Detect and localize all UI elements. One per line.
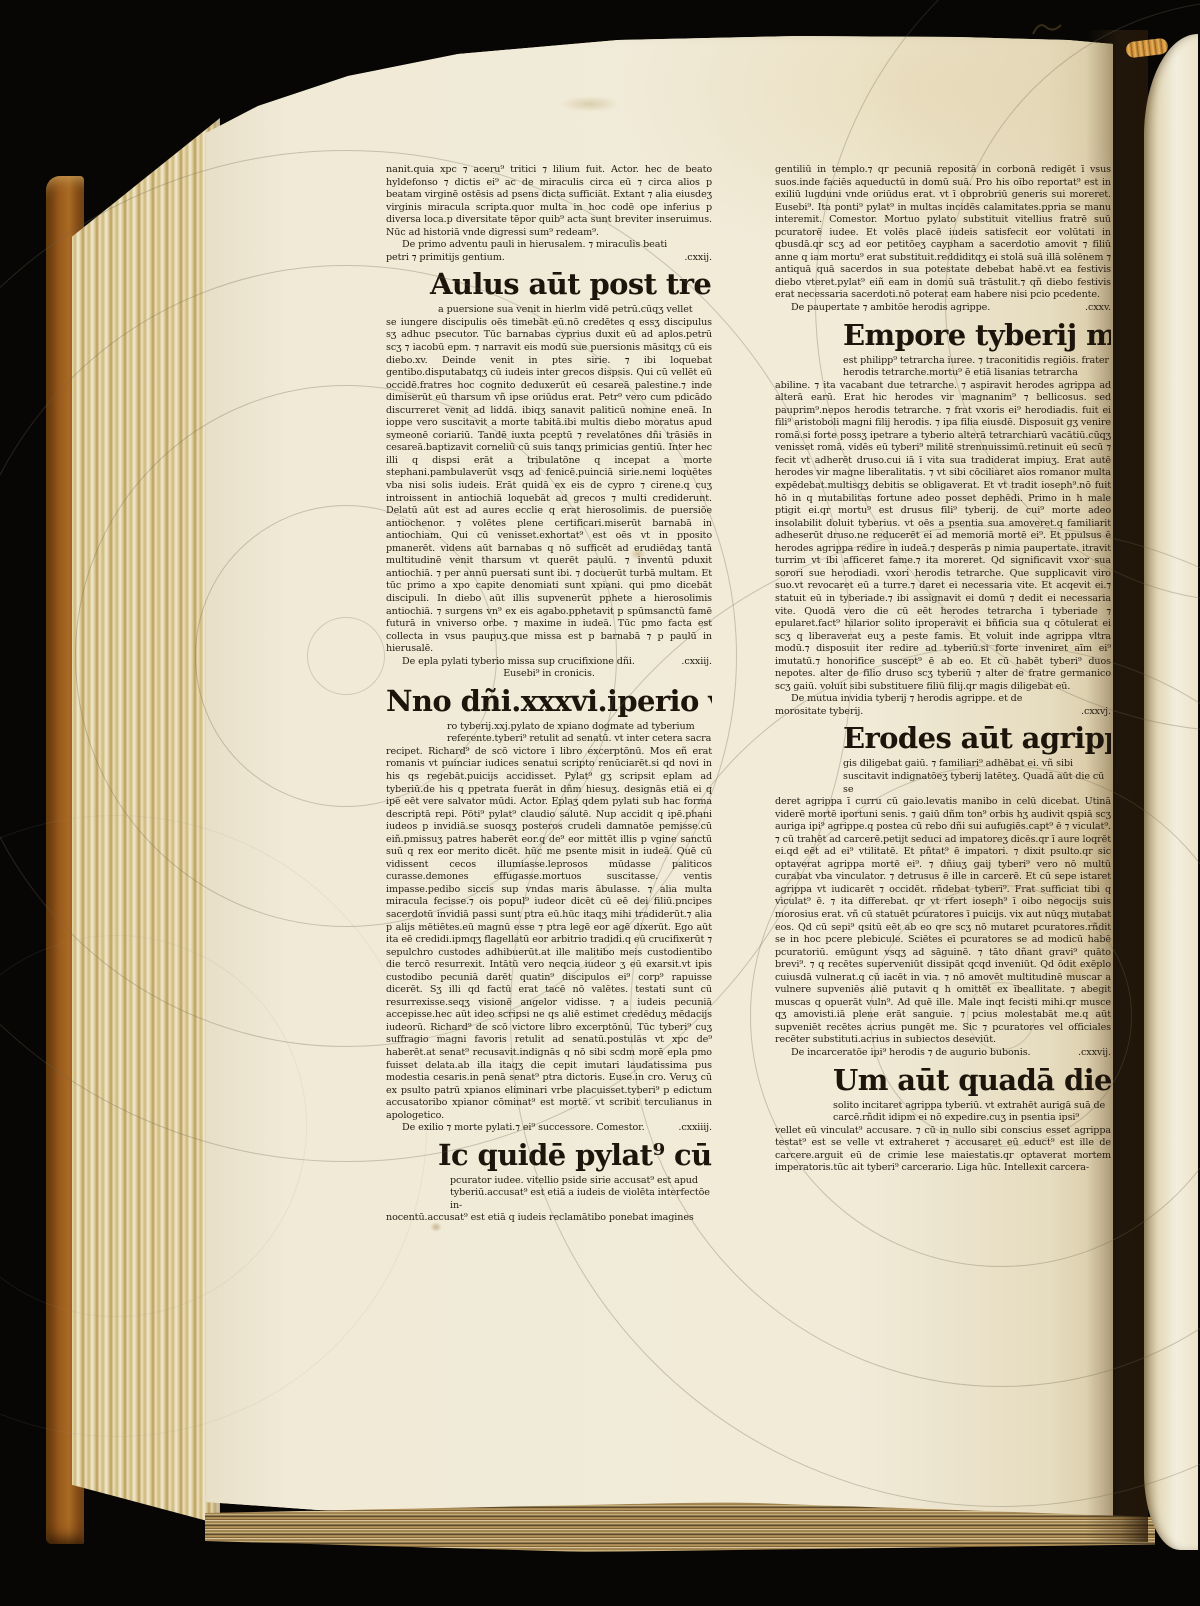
foxing-spot bbox=[560, 96, 620, 112]
chapter-number: .cxxij. bbox=[684, 252, 712, 265]
book-photo: nanit.quia xpc ⁊ aceru⁹ tritici ⁊ lilium… bbox=[0, 0, 1200, 1606]
